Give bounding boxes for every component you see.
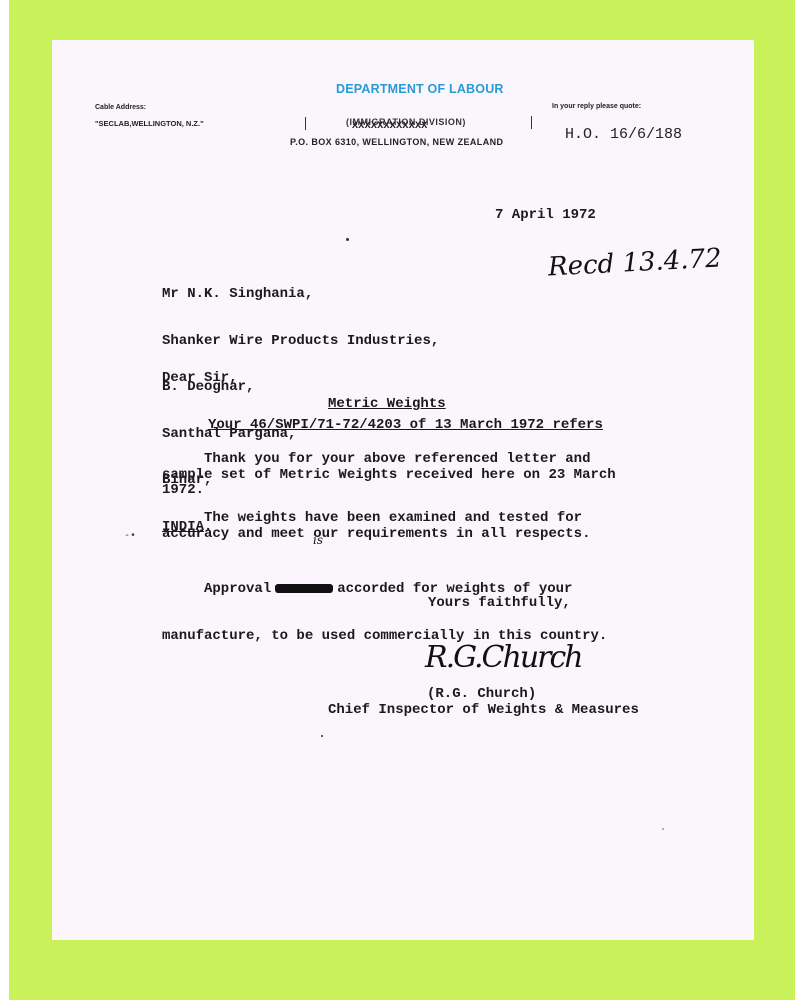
- signer-name: (R.G. Church): [427, 687, 536, 703]
- approval-text-start: Approval: [162, 581, 271, 597]
- po-box-address: P.O. BOX 6310, WELLINGTON, NEW ZEALAND: [290, 137, 503, 147]
- department-name: DEPARTMENT OF LABOUR: [336, 82, 504, 96]
- letter-date: 7 April 1972: [495, 207, 596, 223]
- signature: R.G.Church: [425, 640, 582, 675]
- signer-title: Chief Inspector of Weights & Measures: [328, 703, 639, 719]
- reference-number: H.O. 16/6/188: [565, 126, 682, 143]
- closing: Yours faithfully,: [428, 596, 571, 612]
- cable-address: "SECLAB,WELLINGTON, N.Z.": [95, 119, 204, 128]
- paragraph-acknowledgement: Thank you for your above referenced lett…: [162, 452, 616, 499]
- salutation: Dear Sir,: [162, 371, 238, 387]
- subject-title: Metric Weights: [328, 397, 446, 413]
- header-separator-right: [531, 116, 532, 129]
- handwritten-insert: is: [313, 533, 323, 547]
- stray-mark: -•: [124, 531, 136, 542]
- ink-dot: [346, 238, 349, 241]
- ink-dot: [662, 828, 664, 830]
- paragraph-examination: The weights have been examined and teste…: [162, 511, 590, 542]
- cable-address-label: Cable Address:: [95, 104, 146, 111]
- reply-quote-label: In your reply please quote:: [552, 103, 641, 110]
- ink-dot: [321, 735, 323, 737]
- division-overtype: XXXXXXXXXXXX: [352, 121, 428, 132]
- address-line: Shanker Wire Products Industries,: [162, 334, 439, 350]
- address-line: Mr N.K. Singhania,: [162, 287, 439, 303]
- subject-reference: Your 46/SWPI/71-72/4203 of 13 March 1972…: [208, 418, 603, 434]
- redacted-word: [275, 584, 333, 593]
- header-separator-left: [305, 117, 306, 130]
